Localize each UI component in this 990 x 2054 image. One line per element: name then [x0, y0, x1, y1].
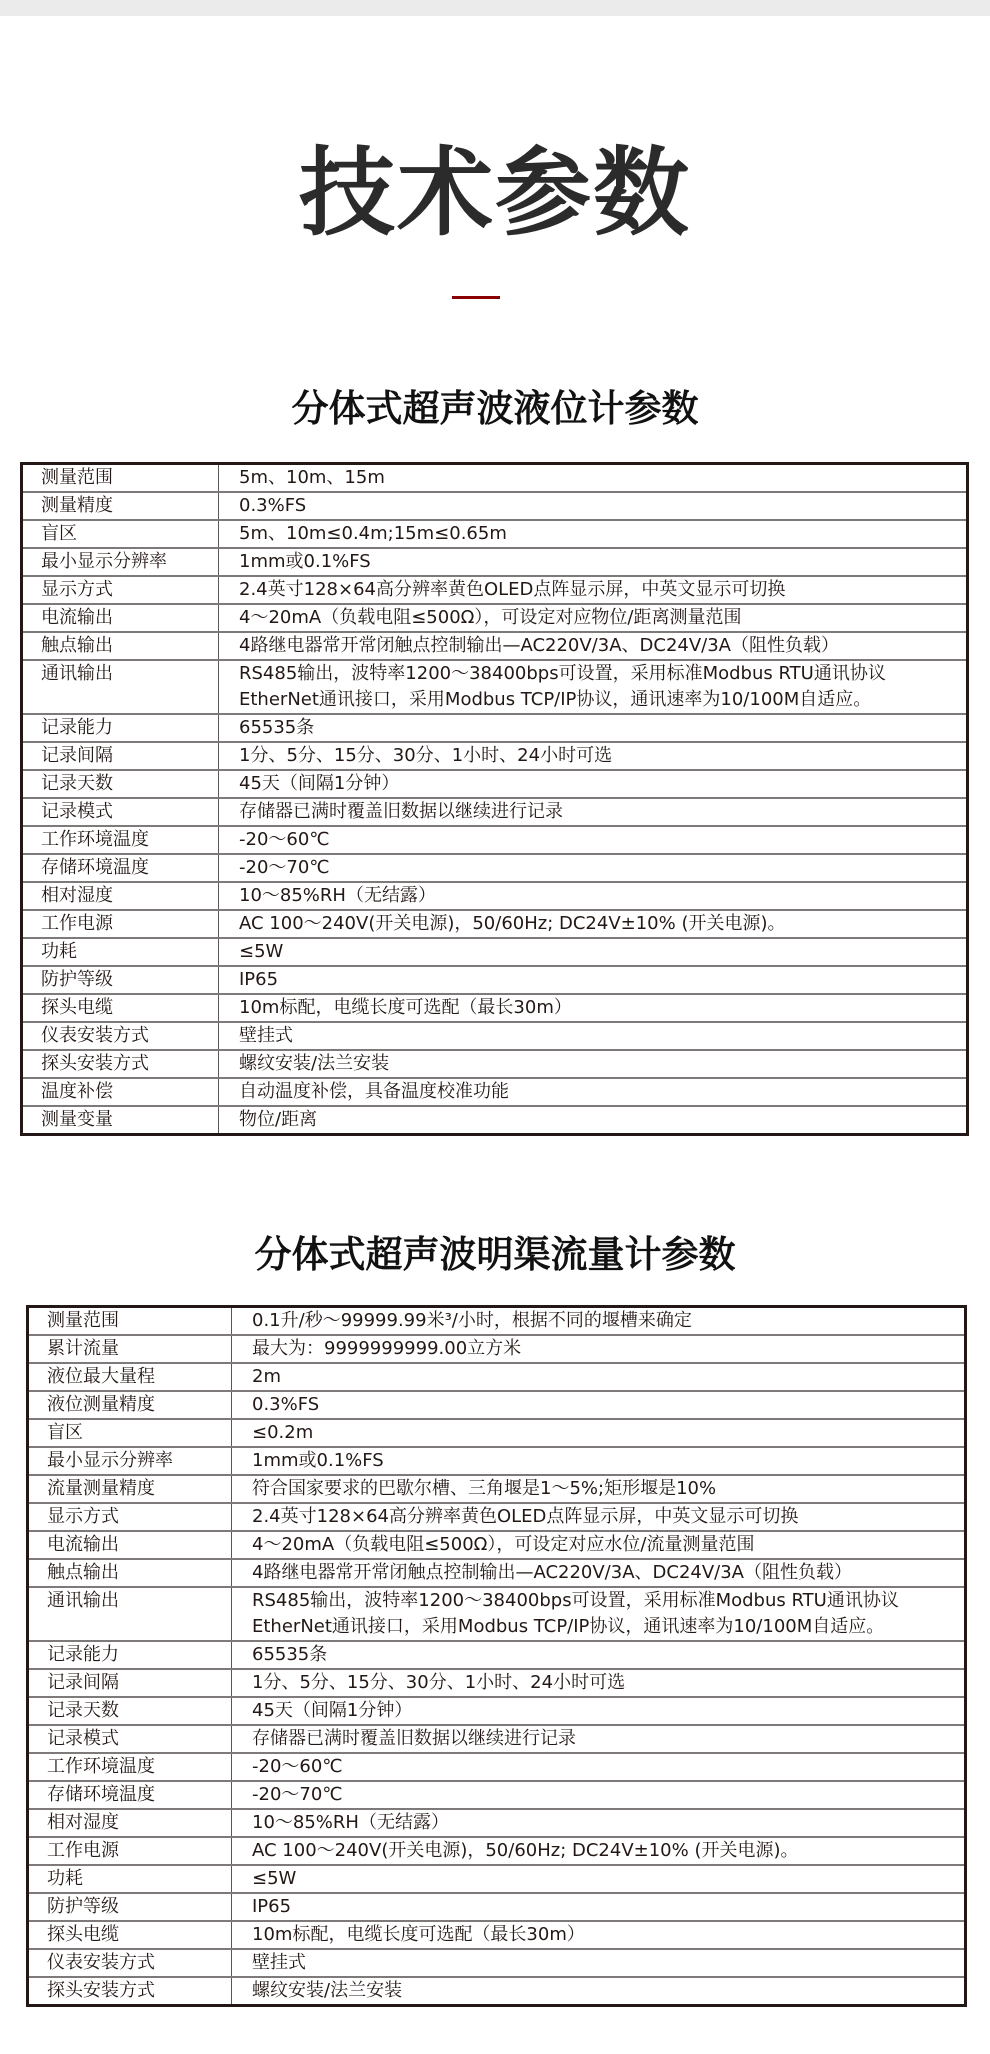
spec-value-text: 65535条 — [239, 715, 966, 741]
spec-key-label: 触点输出 — [47, 1560, 231, 1585]
spec-value-cell: 10m标配，电缆长度可选配（最长30m） — [219, 994, 968, 1022]
spec-value-text: 螺纹安装/法兰安装 — [252, 1978, 964, 2004]
spec-value-cell: 10～85%RH（无结露） — [219, 882, 968, 910]
spec-key-label: 防护等级 — [47, 1894, 231, 1919]
spec-value-cell: 1分、5分、15分、30分、1小时、24小时可选 — [219, 742, 968, 770]
spec-row: 测量范围0.1升/秒～99999.99米³/小时，根据不同的堰槽来确定 — [28, 1307, 966, 1336]
spec-row: 相对湿度10～85%RH（无结露） — [28, 1809, 966, 1837]
spec-key-cell: 显示方式 — [28, 1503, 232, 1531]
spec-value-cell: 0.3%FS — [232, 1391, 966, 1419]
spec-table-level-meter: 测量范围5m、10m、15m测量精度0.3%FS盲区5m、10m≤0.4m;15… — [20, 462, 969, 1136]
spec-key-label: 液位测量精度 — [47, 1392, 231, 1417]
spec-key-cell: 探头电缆 — [22, 994, 219, 1022]
spec-key-cell: 相对湿度 — [22, 882, 219, 910]
spec-key-label: 触点输出 — [41, 633, 218, 658]
spec-key-cell: 相对湿度 — [28, 1809, 232, 1837]
spec-value-text: ≤0.2m — [252, 1420, 964, 1446]
spec-row: 触点输出4路继电器常开常闭触点控制输出—AC220V/3A、DC24V/3A（阻… — [22, 632, 968, 660]
spec-key-cell: 探头电缆 — [28, 1921, 232, 1949]
spec-value-text: 10～85%RH（无结露） — [252, 1810, 964, 1836]
spec-key-label: 相对湿度 — [47, 1810, 231, 1835]
spec-key-cell: 存储环境温度 — [22, 854, 219, 882]
spec-value-text: -20～70℃ — [239, 855, 966, 881]
spec-key-cell: 电流输出 — [22, 604, 219, 632]
spec-key-cell: 盲区 — [28, 1419, 232, 1447]
spec-table-flow-meter: 测量范围0.1升/秒～99999.99米³/小时，根据不同的堰槽来确定累计流量最… — [26, 1305, 967, 2007]
spec-key-label: 记录能力 — [47, 1642, 231, 1667]
spec-value-text: RS485输出，波特率1200～38400bps可设置，采用标准Modbus R… — [252, 1588, 964, 1614]
spec-key-cell: 探头安装方式 — [22, 1050, 219, 1078]
spec-value-cell: -20～70℃ — [219, 854, 968, 882]
spec-value-cell: 螺纹安装/法兰安装 — [219, 1050, 968, 1078]
spec-key-label: 相对湿度 — [41, 883, 218, 908]
spec-value-cell: ≤5W — [219, 938, 968, 966]
spec-key-cell: 液位测量精度 — [28, 1391, 232, 1419]
spec-row: 触点输出4路继电器常开常闭触点控制输出—AC220V/3A、DC24V/3A（阻… — [28, 1559, 966, 1587]
spec-key-cell: 通讯输出 — [28, 1587, 232, 1641]
spec-key-label: 存储环境温度 — [47, 1782, 231, 1807]
spec-value-text: AC 100～240V(开关电源)，50/60Hz; DC24V±10% (开关… — [239, 911, 966, 937]
spec-value-text: 0.3%FS — [252, 1392, 964, 1418]
spec-value-text: 0.3%FS — [239, 493, 966, 519]
spec-value-cell: RS485输出，波特率1200～38400bps可设置，采用标准Modbus R… — [232, 1587, 966, 1641]
spec-key-label: 存储环境温度 — [41, 855, 218, 880]
spec-value-cell: 1分、5分、15分、30分、1小时、24小时可选 — [232, 1669, 966, 1697]
spec-row: 记录能力65535条 — [28, 1641, 966, 1669]
spec-value-text: ≤5W — [239, 939, 966, 965]
spec-value-text: 0.1升/秒～99999.99米³/小时，根据不同的堰槽来确定 — [252, 1308, 964, 1334]
spec-value-cell: 2.4英寸128×64高分辨率黄色OLED点阵显示屏，中英文显示可切换 — [219, 576, 968, 604]
section-title-level-meter: 分体式超声波液位计参数 — [0, 384, 990, 434]
spec-key-label: 显示方式 — [41, 577, 218, 602]
spec-key-label: 记录间隔 — [47, 1670, 231, 1695]
spec-row: 防护等级IP65 — [22, 966, 968, 994]
spec-row: 测量范围5m、10m、15m — [22, 464, 968, 493]
spec-value-cell: RS485输出，波特率1200～38400bps可设置，采用标准Modbus R… — [219, 660, 968, 714]
spec-key-label: 记录模式 — [47, 1726, 231, 1751]
spec-key-cell: 通讯输出 — [22, 660, 219, 714]
spec-row: 工作环境温度-20～60℃ — [28, 1753, 966, 1781]
spec-value-text: 最大为：9999999999.00立方米 — [252, 1336, 964, 1362]
spec-value-text: 4路继电器常开常闭触点控制输出—AC220V/3A、DC24V/3A（阻性负载） — [239, 633, 966, 659]
spec-key-cell: 累计流量 — [28, 1335, 232, 1363]
top-gray-bar — [0, 0, 990, 16]
spec-key-label: 工作环境温度 — [47, 1754, 231, 1779]
spec-key-cell: 盲区 — [22, 520, 219, 548]
spec-value-cell: 物位/距离 — [219, 1106, 968, 1135]
spec-row: 工作电源AC 100～240V(开关电源)，50/60Hz; DC24V±10%… — [28, 1837, 966, 1865]
spec-key-label: 最小显示分辨率 — [41, 549, 218, 574]
spec-value-text: 2.4英寸128×64高分辨率黄色OLED点阵显示屏，中英文显示可切换 — [252, 1504, 964, 1530]
spec-key-label: 通讯输出 — [41, 661, 218, 686]
spec-value-cell: 2.4英寸128×64高分辨率黄色OLED点阵显示屏，中英文显示可切换 — [232, 1503, 966, 1531]
spec-value-cell: 2m — [232, 1363, 966, 1391]
spec-key-label: 探头安装方式 — [47, 1978, 231, 2003]
spec-value-text: 65535条 — [252, 1642, 964, 1668]
spec-key-cell: 测量范围 — [28, 1307, 232, 1336]
spec-key-cell: 记录能力 — [22, 714, 219, 742]
spec-key-label: 测量范围 — [41, 465, 218, 490]
spec-value-cell: 存储器已满时覆盖旧数据以继续进行记录 — [219, 798, 968, 826]
spec-value-text: 45天（间隔1分钟） — [239, 771, 966, 797]
spec-value-text: 1mm或0.1%FS — [239, 549, 966, 575]
spec-value-text: 4～20mA（负载电阻≤500Ω），可设定对应水位/流量测量范围 — [252, 1532, 964, 1558]
spec-row: 盲区5m、10m≤0.4m;15m≤0.65m — [22, 520, 968, 548]
spec-value-text: -20～60℃ — [239, 827, 966, 853]
spec-value-cell: 壁挂式 — [219, 1022, 968, 1050]
spec-key-cell: 流量测量精度 — [28, 1475, 232, 1503]
spec-key-cell: 功耗 — [22, 938, 219, 966]
spec-row: 相对湿度10～85%RH（无结露） — [22, 882, 968, 910]
spec-value-cell: 4路继电器常开常闭触点控制输出—AC220V/3A、DC24V/3A（阻性负载） — [219, 632, 968, 660]
spec-row: 探头安装方式螺纹安装/法兰安装 — [28, 1977, 966, 2006]
spec-value-cell: 螺纹安装/法兰安装 — [232, 1977, 966, 2006]
title-accent-divider — [452, 296, 500, 299]
spec-key-label: 最小显示分辨率 — [47, 1448, 231, 1473]
spec-key-label: 盲区 — [41, 521, 218, 546]
spec-value-cell: 65535条 — [232, 1641, 966, 1669]
spec-row: 电流输出4～20mA（负载电阻≤500Ω），可设定对应物位/距离测量范围 — [22, 604, 968, 632]
spec-value-cell: AC 100～240V(开关电源)，50/60Hz; DC24V±10% (开关… — [219, 910, 968, 938]
spec-key-label: 功耗 — [41, 939, 218, 964]
spec-row: 测量变量物位/距离 — [22, 1106, 968, 1135]
spec-row: 液位测量精度0.3%FS — [28, 1391, 966, 1419]
spec-row: 液位最大量程2m — [28, 1363, 966, 1391]
spec-row: 通讯输出RS485输出，波特率1200～38400bps可设置，采用标准Modb… — [22, 660, 968, 714]
spec-value-text: 2m — [252, 1364, 964, 1390]
spec-key-cell: 电流输出 — [28, 1531, 232, 1559]
spec-value-text: 螺纹安装/法兰安装 — [239, 1051, 966, 1077]
spec-value-cell: -20～70℃ — [232, 1781, 966, 1809]
spec-row: 流量测量精度符合国家要求的巴歇尔槽、三角堰是1～5%;矩形堰是10% — [28, 1475, 966, 1503]
spec-value-cell: 符合国家要求的巴歇尔槽、三角堰是1～5%;矩形堰是10% — [232, 1475, 966, 1503]
spec-value-text: ≤5W — [252, 1866, 964, 1892]
spec-value-text: 自动温度补偿，具备温度校准功能 — [239, 1079, 966, 1105]
spec-key-label: 显示方式 — [47, 1504, 231, 1529]
spec-value-cell: ≤0.2m — [232, 1419, 966, 1447]
spec-value-cell: 4路继电器常开常闭触点控制输出—AC220V/3A、DC24V/3A（阻性负载） — [232, 1559, 966, 1587]
spec-key-label: 盲区 — [47, 1420, 231, 1445]
spec-value-cell: 65535条 — [219, 714, 968, 742]
spec-value-text: 1分、5分、15分、30分、1小时、24小时可选 — [252, 1670, 964, 1696]
spec-value-text: RS485输出，波特率1200～38400bps可设置，采用标准Modbus R… — [239, 661, 966, 687]
spec-key-label: 防护等级 — [41, 967, 218, 992]
spec-row: 盲区≤0.2m — [28, 1419, 966, 1447]
spec-key-cell: 记录天数 — [22, 770, 219, 798]
spec-value-cell: 0.3%FS — [219, 492, 968, 520]
spec-row: 仪表安装方式壁挂式 — [22, 1022, 968, 1050]
spec-value-text: 45天（间隔1分钟） — [252, 1698, 964, 1724]
spec-row: 测量精度0.3%FS — [22, 492, 968, 520]
spec-key-cell: 防护等级 — [22, 966, 219, 994]
spec-key-label: 工作电源 — [47, 1838, 231, 1863]
spec-row: 记录能力65535条 — [22, 714, 968, 742]
spec-value-text: -20～60℃ — [252, 1754, 964, 1780]
spec-key-cell: 温度补偿 — [22, 1078, 219, 1106]
spec-value-text: 壁挂式 — [252, 1950, 964, 1976]
spec-row: 工作环境温度-20～60℃ — [22, 826, 968, 854]
spec-value-cell: 5m、10m、15m — [219, 464, 968, 493]
spec-row: 防护等级IP65 — [28, 1893, 966, 1921]
spec-value-text: 符合国家要求的巴歇尔槽、三角堰是1～5%;矩形堰是10% — [252, 1476, 964, 1502]
spec-value-text: IP65 — [239, 967, 966, 993]
spec-row: 功耗≤5W — [22, 938, 968, 966]
spec-row: 探头电缆10m标配，电缆长度可选配（最长30m） — [28, 1921, 966, 1949]
spec-key-cell: 工作环境温度 — [22, 826, 219, 854]
spec-value-text: 1mm或0.1%FS — [252, 1448, 964, 1474]
spec-key-label: 功耗 — [47, 1866, 231, 1891]
spec-value-text: 物位/距离 — [239, 1107, 966, 1133]
spec-key-label: 测量精度 — [41, 493, 218, 518]
spec-key-label: 工作电源 — [41, 911, 218, 936]
spec-key-cell: 触点输出 — [28, 1559, 232, 1587]
spec-value-text: 存储器已满时覆盖旧数据以继续进行记录 — [239, 799, 966, 825]
spec-value-cell: ≤5W — [232, 1865, 966, 1893]
spec-value-cell: -20～60℃ — [219, 826, 968, 854]
spec-key-cell: 功耗 — [28, 1865, 232, 1893]
spec-value-text: AC 100～240V(开关电源)，50/60Hz; DC24V±10% (开关… — [252, 1838, 964, 1864]
spec-value-text: 1分、5分、15分、30分、1小时、24小时可选 — [239, 743, 966, 769]
spec-key-label: 探头安装方式 — [41, 1051, 218, 1076]
spec-value-cell: 最大为：9999999999.00立方米 — [232, 1335, 966, 1363]
spec-key-label: 电流输出 — [47, 1532, 231, 1557]
spec-key-cell: 工作电源 — [22, 910, 219, 938]
spec-row: 通讯输出RS485输出，波特率1200～38400bps可设置，采用标准Modb… — [28, 1587, 966, 1641]
spec-row: 探头电缆10m标配，电缆长度可选配（最长30m） — [22, 994, 968, 1022]
spec-row: 存储环境温度-20～70℃ — [22, 854, 968, 882]
spec-key-cell: 防护等级 — [28, 1893, 232, 1921]
spec-value-cell: 1mm或0.1%FS — [219, 548, 968, 576]
spec-row: 最小显示分辨率1mm或0.1%FS — [28, 1447, 966, 1475]
spec-value-cell: 自动温度补偿，具备温度校准功能 — [219, 1078, 968, 1106]
section-title-flow-meter: 分体式超声波明渠流量计参数 — [0, 1230, 990, 1280]
spec-key-label: 流量测量精度 — [47, 1476, 231, 1501]
spec-key-label: 探头电缆 — [47, 1922, 231, 1947]
spec-key-cell: 记录间隔 — [28, 1669, 232, 1697]
spec-value-cell: 存储器已满时覆盖旧数据以继续进行记录 — [232, 1725, 966, 1753]
spec-row: 记录天数45天（间隔1分钟） — [28, 1697, 966, 1725]
spec-row: 功耗≤5W — [28, 1865, 966, 1893]
spec-key-cell: 最小显示分辨率 — [28, 1447, 232, 1475]
page-title: 技术参数 — [0, 128, 990, 258]
spec-row: 最小显示分辨率1mm或0.1%FS — [22, 548, 968, 576]
spec-row: 电流输出4～20mA（负载电阻≤500Ω），可设定对应水位/流量测量范围 — [28, 1531, 966, 1559]
spec-row: 工作电源AC 100～240V(开关电源)，50/60Hz; DC24V±10%… — [22, 910, 968, 938]
spec-value-cell: 45天（间隔1分钟） — [219, 770, 968, 798]
spec-key-cell: 仪表安装方式 — [22, 1022, 219, 1050]
spec-key-cell: 测量范围 — [22, 464, 219, 493]
spec-value-text: 壁挂式 — [239, 1023, 966, 1049]
spec-row: 显示方式2.4英寸128×64高分辨率黄色OLED点阵显示屏，中英文显示可切换 — [28, 1503, 966, 1531]
spec-key-label: 电流输出 — [41, 605, 218, 630]
spec-value-text: -20～70℃ — [252, 1782, 964, 1808]
spec-value-cell: 10m标配，电缆长度可选配（最长30m） — [232, 1921, 966, 1949]
spec-value-cell: -20～60℃ — [232, 1753, 966, 1781]
spec-row: 存储环境温度-20～70℃ — [28, 1781, 966, 1809]
spec-value-text: 4～20mA（负载电阻≤500Ω），可设定对应物位/距离测量范围 — [239, 605, 966, 631]
spec-key-cell: 最小显示分辨率 — [22, 548, 219, 576]
spec-row: 温度补偿自动温度补偿，具备温度校准功能 — [22, 1078, 968, 1106]
spec-value-text: 5m、10m≤0.4m;15m≤0.65m — [239, 521, 966, 547]
spec-key-cell: 显示方式 — [22, 576, 219, 604]
spec-key-cell: 工作电源 — [28, 1837, 232, 1865]
spec-key-cell: 记录模式 — [22, 798, 219, 826]
spec-row: 记录间隔1分、5分、15分、30分、1小时、24小时可选 — [22, 742, 968, 770]
spec-key-cell: 记录能力 — [28, 1641, 232, 1669]
spec-value-text: EtherNet通讯接口，采用Modbus TCP/IP协议，通讯速率为10/1… — [252, 1614, 964, 1640]
spec-value-cell: 45天（间隔1分钟） — [232, 1697, 966, 1725]
spec-value-cell: IP65 — [219, 966, 968, 994]
spec-key-label: 记录间隔 — [41, 743, 218, 768]
spec-row: 记录间隔1分、5分、15分、30分、1小时、24小时可选 — [28, 1669, 966, 1697]
spec-value-text: 10m标配，电缆长度可选配（最长30m） — [239, 995, 966, 1021]
spec-key-label: 通讯输出 — [47, 1588, 231, 1613]
spec-key-cell: 测量变量 — [22, 1106, 219, 1135]
spec-key-cell: 记录间隔 — [22, 742, 219, 770]
spec-value-text: IP65 — [252, 1894, 964, 1920]
spec-value-cell: AC 100～240V(开关电源)，50/60Hz; DC24V±10% (开关… — [232, 1837, 966, 1865]
spec-key-label: 测量变量 — [41, 1107, 218, 1132]
spec-value-cell: 4～20mA（负载电阻≤500Ω），可设定对应水位/流量测量范围 — [232, 1531, 966, 1559]
spec-key-label: 液位最大量程 — [47, 1364, 231, 1389]
spec-row: 记录模式存储器已满时覆盖旧数据以继续进行记录 — [28, 1725, 966, 1753]
spec-key-cell: 工作环境温度 — [28, 1753, 232, 1781]
spec-key-label: 测量范围 — [47, 1308, 231, 1333]
spec-key-label: 探头电缆 — [41, 995, 218, 1020]
spec-value-cell: 1mm或0.1%FS — [232, 1447, 966, 1475]
spec-row: 累计流量最大为：9999999999.00立方米 — [28, 1335, 966, 1363]
spec-value-text: 5m、10m、15m — [239, 465, 966, 491]
spec-row: 记录模式存储器已满时覆盖旧数据以继续进行记录 — [22, 798, 968, 826]
spec-value-cell: 0.1升/秒～99999.99米³/小时，根据不同的堰槽来确定 — [232, 1307, 966, 1336]
spec-value-text: 存储器已满时覆盖旧数据以继续进行记录 — [252, 1726, 964, 1752]
spec-key-cell: 记录模式 — [28, 1725, 232, 1753]
spec-key-label: 累计流量 — [47, 1336, 231, 1361]
spec-value-cell: 5m、10m≤0.4m;15m≤0.65m — [219, 520, 968, 548]
spec-key-cell: 测量精度 — [22, 492, 219, 520]
spec-value-text: 10～85%RH（无结露） — [239, 883, 966, 909]
spec-key-label: 温度补偿 — [41, 1079, 218, 1104]
spec-value-cell: IP65 — [232, 1893, 966, 1921]
spec-key-cell: 触点输出 — [22, 632, 219, 660]
spec-key-cell: 仪表安装方式 — [28, 1949, 232, 1977]
spec-key-cell: 液位最大量程 — [28, 1363, 232, 1391]
spec-key-label: 记录能力 — [41, 715, 218, 740]
spec-key-label: 仪表安装方式 — [41, 1023, 218, 1048]
spec-row: 显示方式2.4英寸128×64高分辨率黄色OLED点阵显示屏，中英文显示可切换 — [22, 576, 968, 604]
spec-value-text: 4路继电器常开常闭触点控制输出—AC220V/3A、DC24V/3A（阻性负载） — [252, 1560, 964, 1586]
spec-value-cell: 4～20mA（负载电阻≤500Ω），可设定对应物位/距离测量范围 — [219, 604, 968, 632]
spec-value-text: 2.4英寸128×64高分辨率黄色OLED点阵显示屏，中英文显示可切换 — [239, 577, 966, 603]
spec-value-cell: 壁挂式 — [232, 1949, 966, 1977]
spec-key-cell: 存储环境温度 — [28, 1781, 232, 1809]
spec-row: 记录天数45天（间隔1分钟） — [22, 770, 968, 798]
spec-key-label: 记录天数 — [47, 1698, 231, 1723]
spec-key-cell: 探头安装方式 — [28, 1977, 232, 2006]
spec-row: 探头安装方式螺纹安装/法兰安装 — [22, 1050, 968, 1078]
spec-value-cell: 10～85%RH（无结露） — [232, 1809, 966, 1837]
spec-row: 仪表安装方式壁挂式 — [28, 1949, 966, 1977]
spec-key-label: 仪表安装方式 — [47, 1950, 231, 1975]
spec-key-cell: 记录天数 — [28, 1697, 232, 1725]
spec-key-label: 记录模式 — [41, 799, 218, 824]
spec-key-label: 工作环境温度 — [41, 827, 218, 852]
spec-value-text: EtherNet通讯接口，采用Modbus TCP/IP协议，通讯速率为10/1… — [239, 687, 966, 713]
spec-value-text: 10m标配，电缆长度可选配（最长30m） — [252, 1922, 964, 1948]
spec-key-label: 记录天数 — [41, 771, 218, 796]
